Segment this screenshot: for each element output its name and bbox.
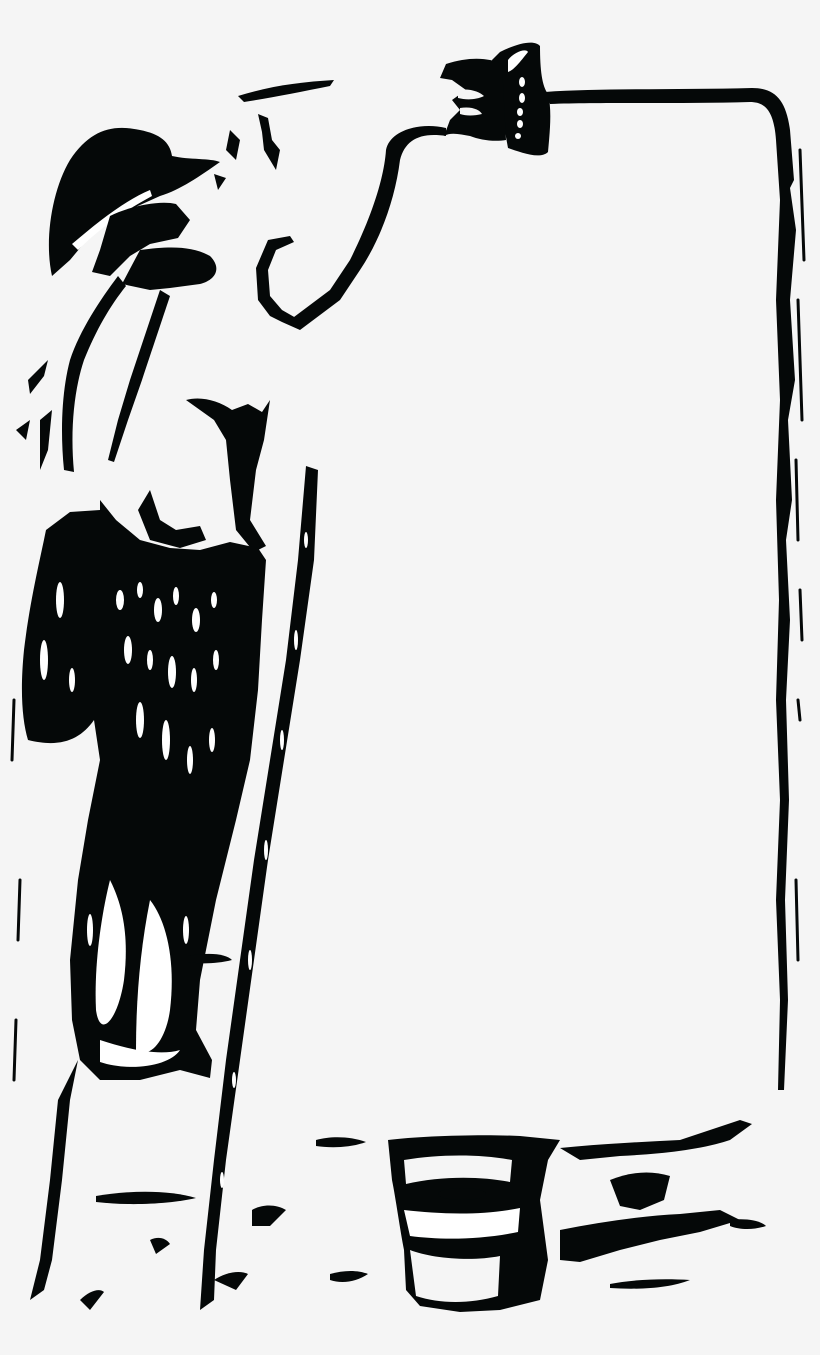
painter-illustration [0,0,820,1355]
paint-bucket [388,1135,560,1312]
